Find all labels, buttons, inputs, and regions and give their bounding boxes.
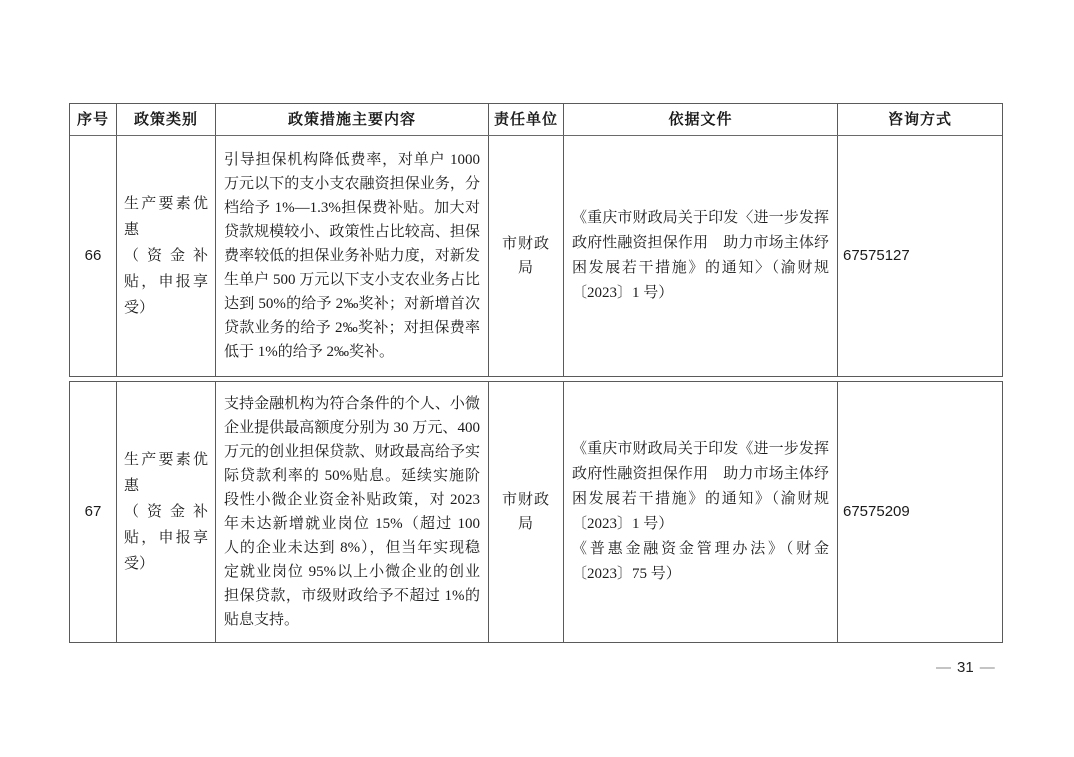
page-number-dash: —: [930, 659, 957, 676]
table-row-67: 67 生产要素优惠 （资金补贴，申报享受） 支持金融机构为符合条件的个人、小微企…: [70, 382, 1002, 642]
basis-documents-cell: 《重庆市财政局关于印发〈进一步发挥政府性融资担保作用 助力市场主体纾困发展若干措…: [563, 136, 837, 376]
category-line: （资金补贴，申报享受）: [124, 243, 208, 321]
policy-table: 序号 政策类别 政策措施主要内容 责任单位 依据文件 咨询方式 66 生产要素优…: [69, 103, 1003, 643]
category-line: 生产要素优惠: [124, 447, 208, 499]
column-header-contact: 咨询方式: [837, 104, 1002, 135]
document-page: 序号 政策类别 政策措施主要内容 责任单位 依据文件 咨询方式 66 生产要素优…: [0, 0, 1074, 757]
category-line: （资金补贴，申报享受）: [124, 499, 208, 577]
document-reference: 《普惠金融资金管理办法》（财金〔2023〕75 号）: [572, 537, 829, 587]
table-row-66: 66 生产要素优惠 （资金补贴，申报享受） 引导担保机构降低费率，对单户 100…: [70, 135, 1002, 376]
responsible-unit-cell: 市财政局: [488, 136, 563, 376]
contact-number-cell: 67575127: [837, 136, 1002, 376]
column-header-documents: 依据文件: [563, 104, 837, 135]
category-line: 生产要素优惠: [124, 191, 208, 243]
column-header-content: 政策措施主要内容: [215, 104, 488, 135]
table-section-bottom: 67 生产要素优惠 （资金补贴，申报享受） 支持金融机构为符合条件的个人、小微企…: [69, 381, 1003, 643]
page-number: —31—: [930, 659, 1001, 676]
row-number-cell: 66: [70, 136, 116, 376]
table-section-top: 序号 政策类别 政策措施主要内容 责任单位 依据文件 咨询方式 66 生产要素优…: [69, 103, 1003, 377]
document-reference: 《重庆市财政局关于印发《进一步发挥政府性融资担保作用 助力市场主体纾困发展若干措…: [572, 437, 829, 537]
contact-number-cell: 67575209: [837, 382, 1002, 642]
policy-content-cell: 引导担保机构降低费率，对单户 1000 万元以下的支小支农融资担保业务，分档给予…: [215, 136, 488, 376]
column-header-unit: 责任单位: [488, 104, 563, 135]
responsible-unit-cell: 市财政局: [488, 382, 563, 642]
page-number-dash: —: [974, 659, 1001, 676]
policy-category-cell: 生产要素优惠 （资金补贴，申报享受）: [116, 382, 215, 642]
basis-documents-cell: 《重庆市财政局关于印发《进一步发挥政府性融资担保作用 助力市场主体纾困发展若干措…: [563, 382, 837, 642]
policy-category-cell: 生产要素优惠 （资金补贴，申报享受）: [116, 136, 215, 376]
table-header-row: 序号 政策类别 政策措施主要内容 责任单位 依据文件 咨询方式: [70, 104, 1002, 135]
policy-content-cell: 支持金融机构为符合条件的个人、小微企业提供最高额度分别为 30 万元、400 万…: [215, 382, 488, 642]
document-reference: 《重庆市财政局关于印发〈进一步发挥政府性融资担保作用 助力市场主体纾困发展若干措…: [572, 206, 829, 306]
column-header-category: 政策类别: [116, 104, 215, 135]
page-number-value: 31: [957, 659, 974, 676]
column-header-index: 序号: [70, 104, 116, 135]
row-number-cell: 67: [70, 382, 116, 642]
